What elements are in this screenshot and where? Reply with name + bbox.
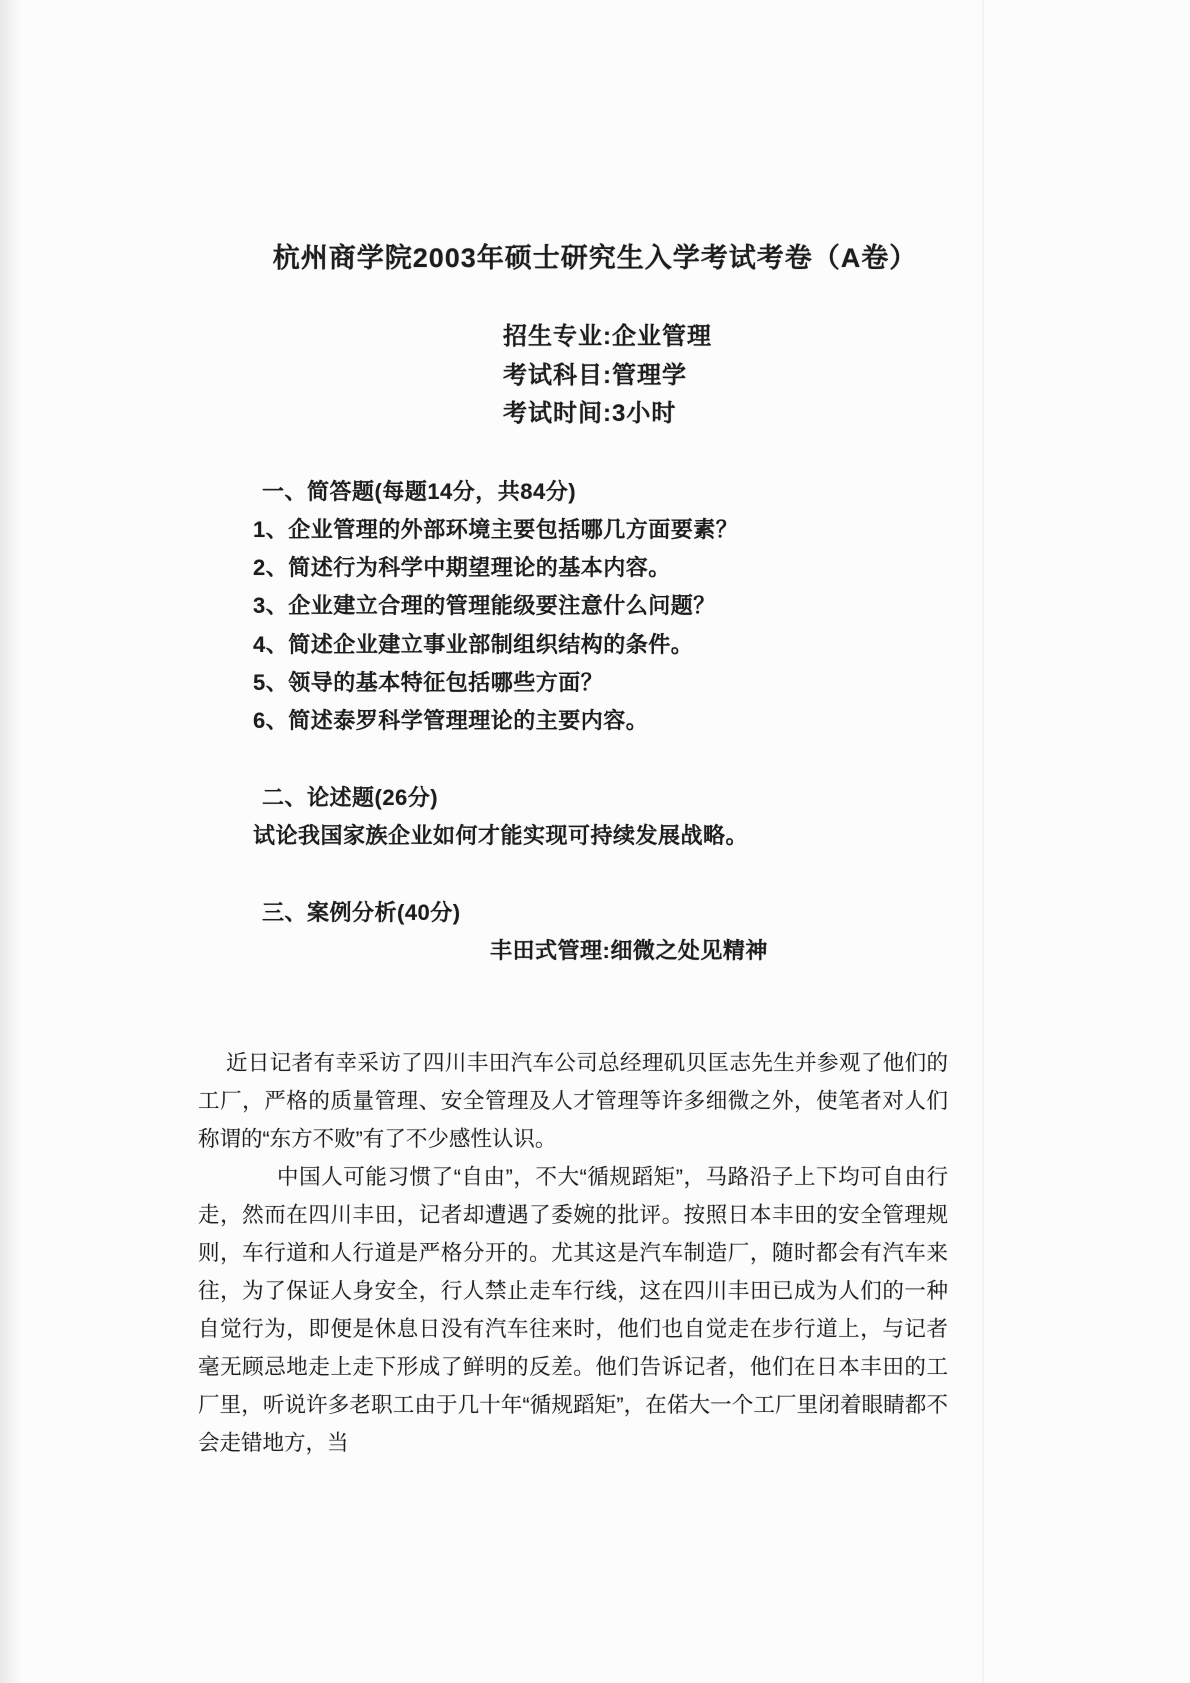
question-item-4: 4、简述企业建立事业部制组织结构的条件。 [253, 626, 738, 664]
section1-question-list: 1、企业管理的外部环境主要包括哪几方面要素？ 2、简述行为科学中期望理论的基本内… [253, 511, 738, 740]
case-paragraph-2: 中国人可能习惯了“自由”，不大“循规蹈矩”，马路沿子上下均可自由行走，然而在四川… [198, 1158, 948, 1462]
case-study-body: 近日记者有幸采访了四川丰田汽车公司总经理矶贝匡志先生并参观了他们的工厂，严格的质… [198, 1044, 948, 1462]
section3-heading: 三、案例分析(40分) [262, 896, 461, 927]
exam-paper-page: 杭州商学院2003年硕士研究生入学考试考卷（A卷） 招生专业:企业管理 考试科目… [0, 0, 1190, 1683]
section2-heading: 二、论述题(26分) [262, 781, 438, 812]
case-paragraph-1: 近日记者有幸采访了四川丰田汽车公司总经理矶贝匡志先生并参观了他们的工厂，严格的质… [198, 1044, 948, 1158]
exam-meta-block: 招生专业:企业管理 考试科目:管理学 考试时间:3小时 [503, 318, 712, 434]
essay-prompt: 试论我国家族企业如何才能实现可持续发展战略。 [253, 819, 748, 850]
question-item-5: 5、领导的基本特征包括哪些方面？ [253, 664, 738, 702]
meta-subject: 考试科目:管理学 [503, 357, 712, 396]
page-title: 杭州商学院2003年硕士研究生入学考试考卷（A卷） [0, 236, 1190, 275]
question-item-6: 6、简述泰罗科学管理理论的主要内容。 [253, 702, 738, 740]
question-item-3: 3、企业建立合理的管理能级要注意什么问题？ [253, 587, 738, 625]
section1-heading: 一、简答题(每题14分，共84分) [262, 475, 576, 506]
question-item-1: 1、企业管理的外部环境主要包括哪几方面要素？ [253, 511, 738, 549]
case-study-title: 丰田式管理:细微之处见精神 [490, 934, 768, 965]
question-item-2: 2、简述行为科学中期望理论的基本内容。 [253, 549, 738, 587]
meta-major: 招生专业:企业管理 [503, 318, 712, 357]
meta-duration: 考试时间:3小时 [503, 395, 712, 434]
